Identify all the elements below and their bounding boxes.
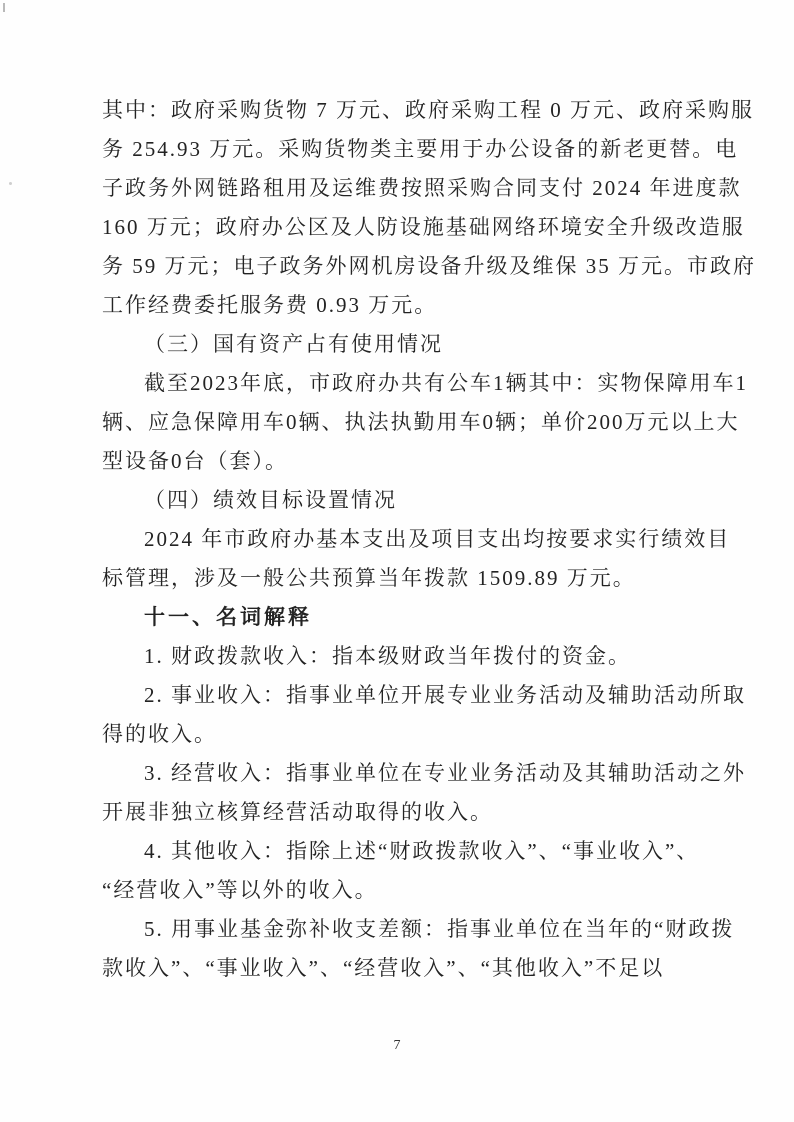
text-line: “经营收入”等以外的收入。	[102, 871, 700, 910]
text-line: 得的收入。	[102, 715, 700, 754]
text-line: 其中：政府采购货物 7 万元、政府采购工程 0 万元、政府采购服	[102, 91, 700, 130]
text-line: 务 254.93 万元。采购货物类主要用于办公设备的新老更替。电	[102, 130, 700, 169]
text-line: 160 万元；政府办公区及人防设施基础网络环境安全升级改造服	[102, 208, 700, 247]
document-page: 其中：政府采购货物 7 万元、政府采购工程 0 万元、政府采购服务 254.93…	[0, 0, 794, 1122]
text-line: 十一、名词解释	[102, 598, 700, 637]
text-line: 4. 其他收入：指除上述“财政拨款收入”、“事业收入”、	[102, 832, 700, 871]
text-line: 款收入”、“事业收入”、“经营收入”、“其他收入”不足以	[102, 949, 700, 988]
text-line: 2024 年市政府办基本支出及项目支出均按要求实行绩效目	[102, 520, 700, 559]
text-line: 2. 事业收入：指事业单位开展专业业务活动及辅助活动所取	[102, 676, 700, 715]
scan-artifact	[9, 182, 12, 185]
page-number: 7	[0, 1038, 794, 1054]
text-line: 1. 财政拨款收入：指本级财政当年拨付的资金。	[102, 637, 700, 676]
text-line: 截至2023年底，市政府办共有公车1辆其中：实物保障用车1	[102, 364, 700, 403]
text-line: 辆、应急保障用车0辆、执法执勤用车0辆；单价200万元以上大	[102, 403, 700, 442]
text-line: （三）国有资产占有使用情况	[102, 325, 700, 364]
scan-artifact	[3, 3, 5, 12]
text-line: 开展非独立核算经营活动取得的收入。	[102, 793, 700, 832]
text-line: 务 59 万元；电子政务外网机房设备升级及维保 35 万元。市政府	[102, 247, 700, 286]
text-line: 标管理，涉及一般公共预算当年拨款 1509.89 万元。	[102, 559, 700, 598]
text-line: 3. 经营收入：指事业单位在专业业务活动及其辅助活动之外	[102, 754, 700, 793]
text-line: 5. 用事业基金弥补收支差额：指事业单位在当年的“财政拨	[102, 910, 700, 949]
text-line: （四）绩效目标设置情况	[102, 481, 700, 520]
text-line: 工作经费委托服务费 0.93 万元。	[102, 286, 700, 325]
document-body: 其中：政府采购货物 7 万元、政府采购工程 0 万元、政府采购服务 254.93…	[102, 91, 700, 988]
text-line: 子政务外网链路租用及运维费按照采购合同支付 2024 年进度款	[102, 169, 700, 208]
text-line: 型设备0台（套）。	[102, 442, 700, 481]
